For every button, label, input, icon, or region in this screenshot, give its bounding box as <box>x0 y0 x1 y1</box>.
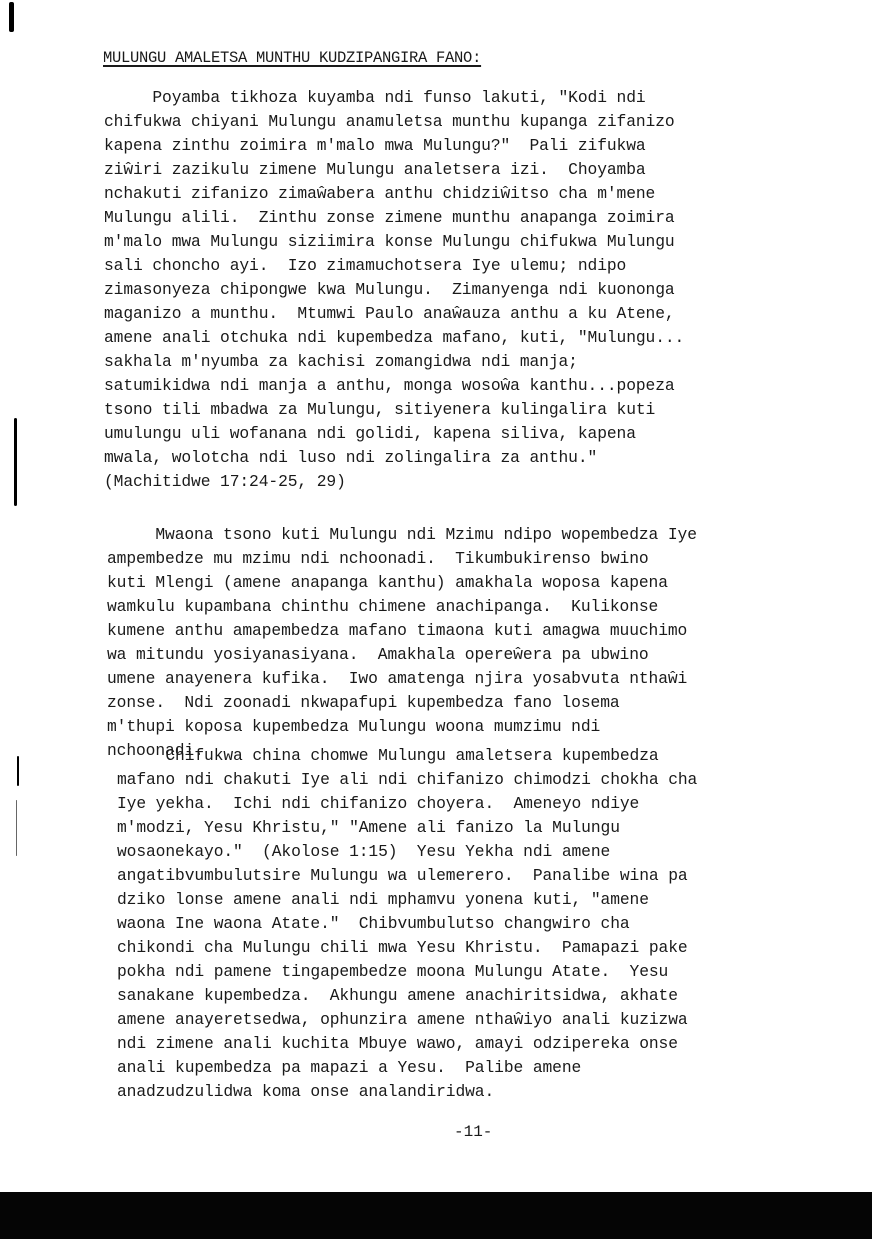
text-line: anali kupembedza pa mapazi a Yesu. Palib… <box>117 1056 697 1080</box>
text-line: m'malo mwa Mulungu siziimira konse Mulun… <box>104 230 684 254</box>
text-line: sanakane kupembedza. Akhungu amene anach… <box>117 984 697 1008</box>
text-line: zimasonyeza chipongwe kwa Mulungu. Ziman… <box>104 278 684 302</box>
text-line: Poyamba tikhoza kuyamba ndi funso lakuti… <box>104 86 684 110</box>
text-line: ndi zimene anali kuchita Mbuye wawo, ama… <box>117 1032 697 1056</box>
section-heading: MULUNGU AMALETSA MUNTHU KUDZIPANGIRA FAN… <box>103 49 481 67</box>
paragraph-2: Mwaona tsono kuti Mulungu ndi Mzimu ndip… <box>107 523 697 763</box>
text-line: chikondi cha Mulungu chili mwa Yesu Khri… <box>117 936 697 960</box>
text-line: Iye yekha. Ichi ndi chifanizo choyera. A… <box>117 792 697 816</box>
text-line: mwala, wolotcha ndi luso ndi zolingalira… <box>104 446 684 470</box>
text-line: chifukwa chiyani Mulungu anamuletsa munt… <box>104 110 684 134</box>
scan-footer-bar <box>0 1192 872 1239</box>
text-line: Chifukwa china chomwe Mulungu amaletsera… <box>117 744 697 768</box>
text-line: amene anali otchuka ndi kupembedza mafan… <box>104 326 684 350</box>
text-line: satumikidwa ndi manja a anthu, monga wos… <box>104 374 684 398</box>
text-line: umulungu uli wofanana ndi golidi, kapena… <box>104 422 684 446</box>
text-line: umene anayenera kufika. Iwo amatenga nji… <box>107 667 697 691</box>
text-line: ampembedze mu mzimu ndi nchoonadi. Tikum… <box>107 547 697 571</box>
document-page: MULUNGU AMALETSA MUNTHU KUDZIPANGIRA FAN… <box>0 0 872 1192</box>
scan-mark-left-2 <box>17 756 19 786</box>
text-line: Mulungu alili. Zinthu zonse zimene munth… <box>104 206 684 230</box>
scan-mark-left-1 <box>14 418 17 506</box>
text-line: kumene anthu amapembedza mafano timaona … <box>107 619 697 643</box>
page-number: -11- <box>454 1123 492 1141</box>
text-line: (Machitidwe 17:24-25, 29) <box>104 470 684 494</box>
text-line: maganizo a munthu. Mtumwi Paulo anaŵauza… <box>104 302 684 326</box>
text-line: pokha ndi pamene tingapembedze moona Mul… <box>117 960 697 984</box>
text-line: nchakuti zifanizo zimaŵabera anthu chidz… <box>104 182 684 206</box>
text-line: dziko lonse amene anali ndi mphamvu yone… <box>117 888 697 912</box>
paragraph-3: Chifukwa china chomwe Mulungu amaletsera… <box>117 744 697 1104</box>
text-line: Mwaona tsono kuti Mulungu ndi Mzimu ndip… <box>107 523 697 547</box>
text-line: m'modzi, Yesu Khristu," "Amene ali faniz… <box>117 816 697 840</box>
text-line: zonse. Ndi zoonadi nkwapafupi kupembedza… <box>107 691 697 715</box>
text-line: amene anayeretsedwa, ophunzira amene nth… <box>117 1008 697 1032</box>
text-line: m'thupi koposa kupembedza Mulungu woona … <box>107 715 697 739</box>
text-line: waona Ine waona Atate." Chibvumbulutso c… <box>117 912 697 936</box>
text-line: kuti Mlengi (amene anapanga kanthu) amak… <box>107 571 697 595</box>
text-line: wa mitundu yosiyanasiyana. Amakhala oper… <box>107 643 697 667</box>
scan-mark-left-3 <box>16 800 17 856</box>
scan-mark-top <box>9 2 14 32</box>
text-line: sali choncho ayi. Izo zimamuchotsera Iye… <box>104 254 684 278</box>
text-line: mafano ndi chakuti Iye ali ndi chifanizo… <box>117 768 697 792</box>
text-line: wosaonekayo." (Akolose 1:15) Yesu Yekha … <box>117 840 697 864</box>
text-line: anadzudzulidwa koma onse analandiridwa. <box>117 1080 697 1104</box>
text-line: tsono tili mbadwa za Mulungu, sitiyenera… <box>104 398 684 422</box>
text-line: ziŵiri zazikulu zimene Mulungu analetser… <box>104 158 684 182</box>
text-line: angatibvumbulutsire Mulungu wa ulemerero… <box>117 864 697 888</box>
text-line: kapena zinthu zoimira m'malo mwa Mulungu… <box>104 134 684 158</box>
text-line: sakhala m'nyumba za kachisi zomangidwa n… <box>104 350 684 374</box>
text-line: wamkulu kupambana chinthu chimene anachi… <box>107 595 697 619</box>
paragraph-1: Poyamba tikhoza kuyamba ndi funso lakuti… <box>104 86 684 494</box>
